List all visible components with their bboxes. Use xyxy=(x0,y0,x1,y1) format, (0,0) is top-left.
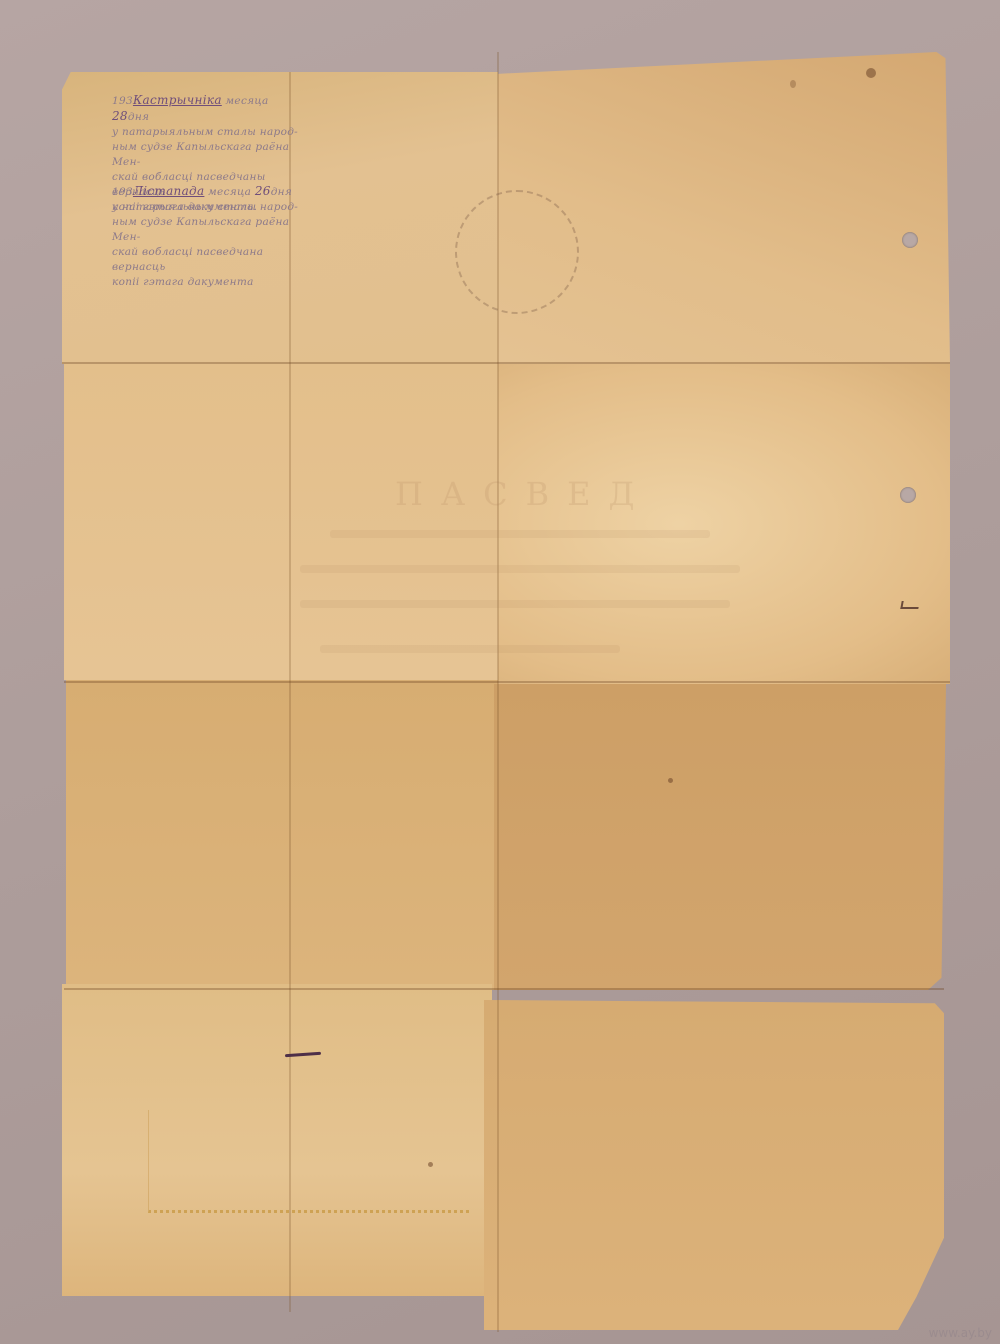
fold-line-horizontal-1 xyxy=(62,362,950,364)
bleed-through-line xyxy=(330,530,710,538)
bleed-through-line xyxy=(300,565,740,573)
stain-spot xyxy=(668,778,673,783)
document-photo: 193Кастрычніка месяца 28дня у патарыяльн… xyxy=(0,0,1000,1344)
panel-third-left xyxy=(66,680,498,990)
faded-frame xyxy=(148,1110,469,1213)
fold-line-horizontal-2 xyxy=(64,681,950,683)
watermark: www.ay.by xyxy=(929,1326,992,1340)
bleed-through-line xyxy=(320,645,620,653)
panel-third-right xyxy=(494,684,946,990)
punch-hole-bottom xyxy=(900,487,916,503)
panel-top-right xyxy=(498,52,950,364)
pencil-mark xyxy=(900,601,919,609)
panel-middle-right xyxy=(498,364,950,684)
stain-spot xyxy=(790,80,796,88)
bleed-through-line xyxy=(300,600,730,608)
notary-note-2: 193Лістапада месяца 26дня у натарыяльным… xyxy=(112,184,302,290)
bleed-through-title: ПАСВЕД xyxy=(395,475,653,513)
panel-bottom-right xyxy=(484,1000,944,1330)
seal-stamp-bleed xyxy=(455,190,579,314)
punch-hole-top xyxy=(902,232,918,248)
panel-middle-left xyxy=(64,364,498,680)
fold-line-horizontal-3 xyxy=(64,988,944,990)
stain-spot xyxy=(866,68,876,78)
